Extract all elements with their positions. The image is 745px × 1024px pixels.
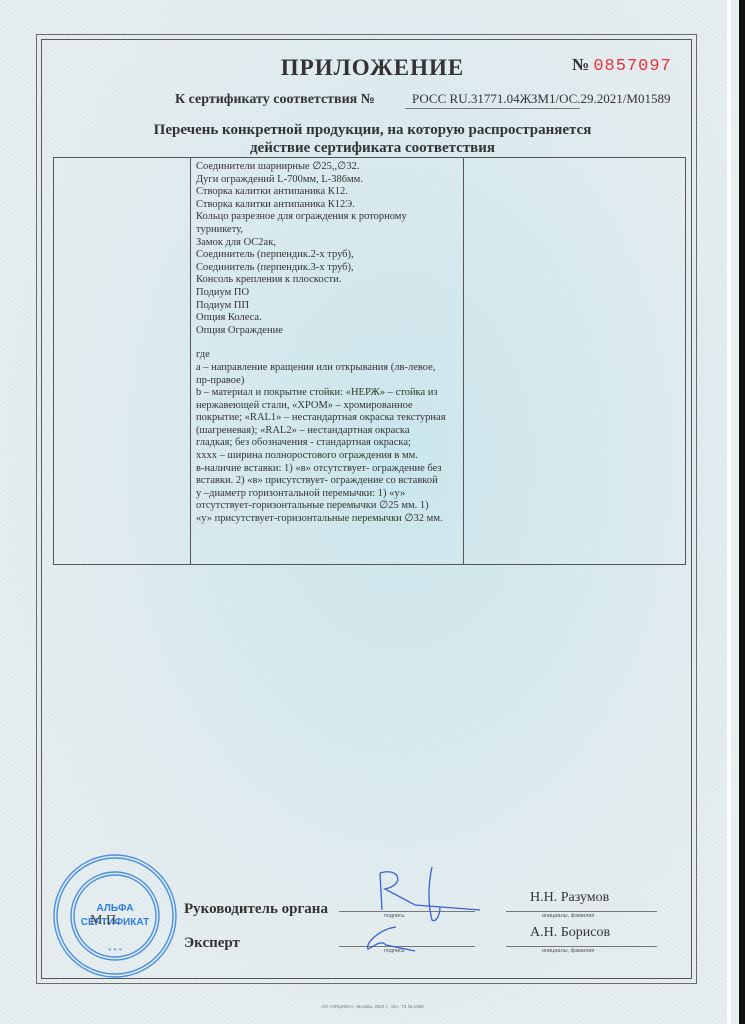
stamp-place-label: М.П. <box>90 913 120 929</box>
product-line: Створка калитки антипаника К12. <box>196 186 462 199</box>
product-line: Подиум ПП <box>196 300 462 313</box>
head-name-line <box>506 911 657 912</box>
expert-signature-icon <box>360 925 430 955</box>
product-line: Замок для ОС2ак, <box>196 237 462 250</box>
certificate-label: К сертификату соответствия № <box>175 92 375 108</box>
legend-line: где <box>196 349 462 362</box>
product-line: Соединитель (перпендик.3-х труб), <box>196 262 462 275</box>
head-name-caption: инициалы, фамилия <box>542 913 594 919</box>
printer-imprint: АО «ОПЦИОН», Москва, 2022 г., «Б», ТЗ № … <box>0 1004 745 1009</box>
legend-line: нержавеющей стали, «ХРОМ» – хромированно… <box>196 400 462 413</box>
legend-line: у –диаметр горизонтальной перемычки: 1) … <box>196 488 462 501</box>
head-name: Н.Н. Разумов <box>530 890 609 906</box>
legend-line: гладкая; без обозначения - стандартная о… <box>196 437 462 450</box>
product-line: Подиум ПО <box>196 287 462 300</box>
legend-line: в-наличие вставки: 1) «в» отсутствует- о… <box>196 463 462 476</box>
table-column-divider <box>190 157 191 565</box>
product-line: Опция Ограждение <box>196 325 462 338</box>
certificate-number: РОСС RU.31771.04ЖЗМ1/ОС.29.2021/М01589 <box>412 91 670 107</box>
legend-line: «у» присутствует-горизонтальные перемычк… <box>196 513 462 526</box>
product-line: Консоль крепления к плоскости. <box>196 274 462 287</box>
product-line: Соединители шарнирные ∅25,,∅32. <box>196 161 462 174</box>
product-line: турникету, <box>196 224 462 237</box>
product-list-cell: Соединители шарнирные ∅25,,∅32.Дуги огра… <box>196 161 462 526</box>
legend-line: (шагреневая); «RAL2» – нестандартная окр… <box>196 425 462 438</box>
product-line: Опция Колеса. <box>196 312 462 325</box>
certificate-underline <box>405 108 580 109</box>
serial-number: № 0857097 <box>572 55 672 76</box>
table-column-divider <box>463 157 464 565</box>
head-label: Руководитель органа <box>184 901 328 918</box>
expert-label: Эксперт <box>184 935 240 952</box>
svg-text:* * *: * * * <box>108 947 123 955</box>
legend-line: отсутствует-горизонтальные перемычки ∅25… <box>196 500 462 513</box>
legend-line: вставки. 2) «в» присутствует- ограждение… <box>196 475 462 488</box>
product-line: Кольцо разрезное для ограждения к роторн… <box>196 211 462 224</box>
legend-line: а – направление вращения или открывания … <box>196 362 462 375</box>
legend-line: покрытие; «RAL1» – нестандартная окраска… <box>196 412 462 425</box>
serial-number-value: 0857097 <box>593 57 671 76</box>
legend-line: b – материал и покрытие стойки: «НЕРЖ» –… <box>196 387 462 400</box>
product-line: Створка калитки антипаника К12Э. <box>196 199 462 212</box>
expert-name: А.Н. Борисов <box>530 925 610 941</box>
number-sign: № <box>572 55 589 74</box>
subtitle-line-2: действие сертификата соответствия <box>0 139 745 157</box>
product-line: Дуги ограждений L-700мм, L-386мм. <box>196 174 462 187</box>
expert-name-line <box>506 946 657 947</box>
subtitle-line-1: Перечень конкретной продукции, на котору… <box>0 121 745 139</box>
head-signature-icon <box>370 865 490 925</box>
expert-name-caption: инициалы, фамилия <box>542 948 594 954</box>
legend-line: пр-правое) <box>196 375 462 388</box>
product-line: Соединитель (перпендик.2-х труб), <box>196 249 462 262</box>
legend-line: хххх – ширина полноростового ограждения … <box>196 450 462 463</box>
